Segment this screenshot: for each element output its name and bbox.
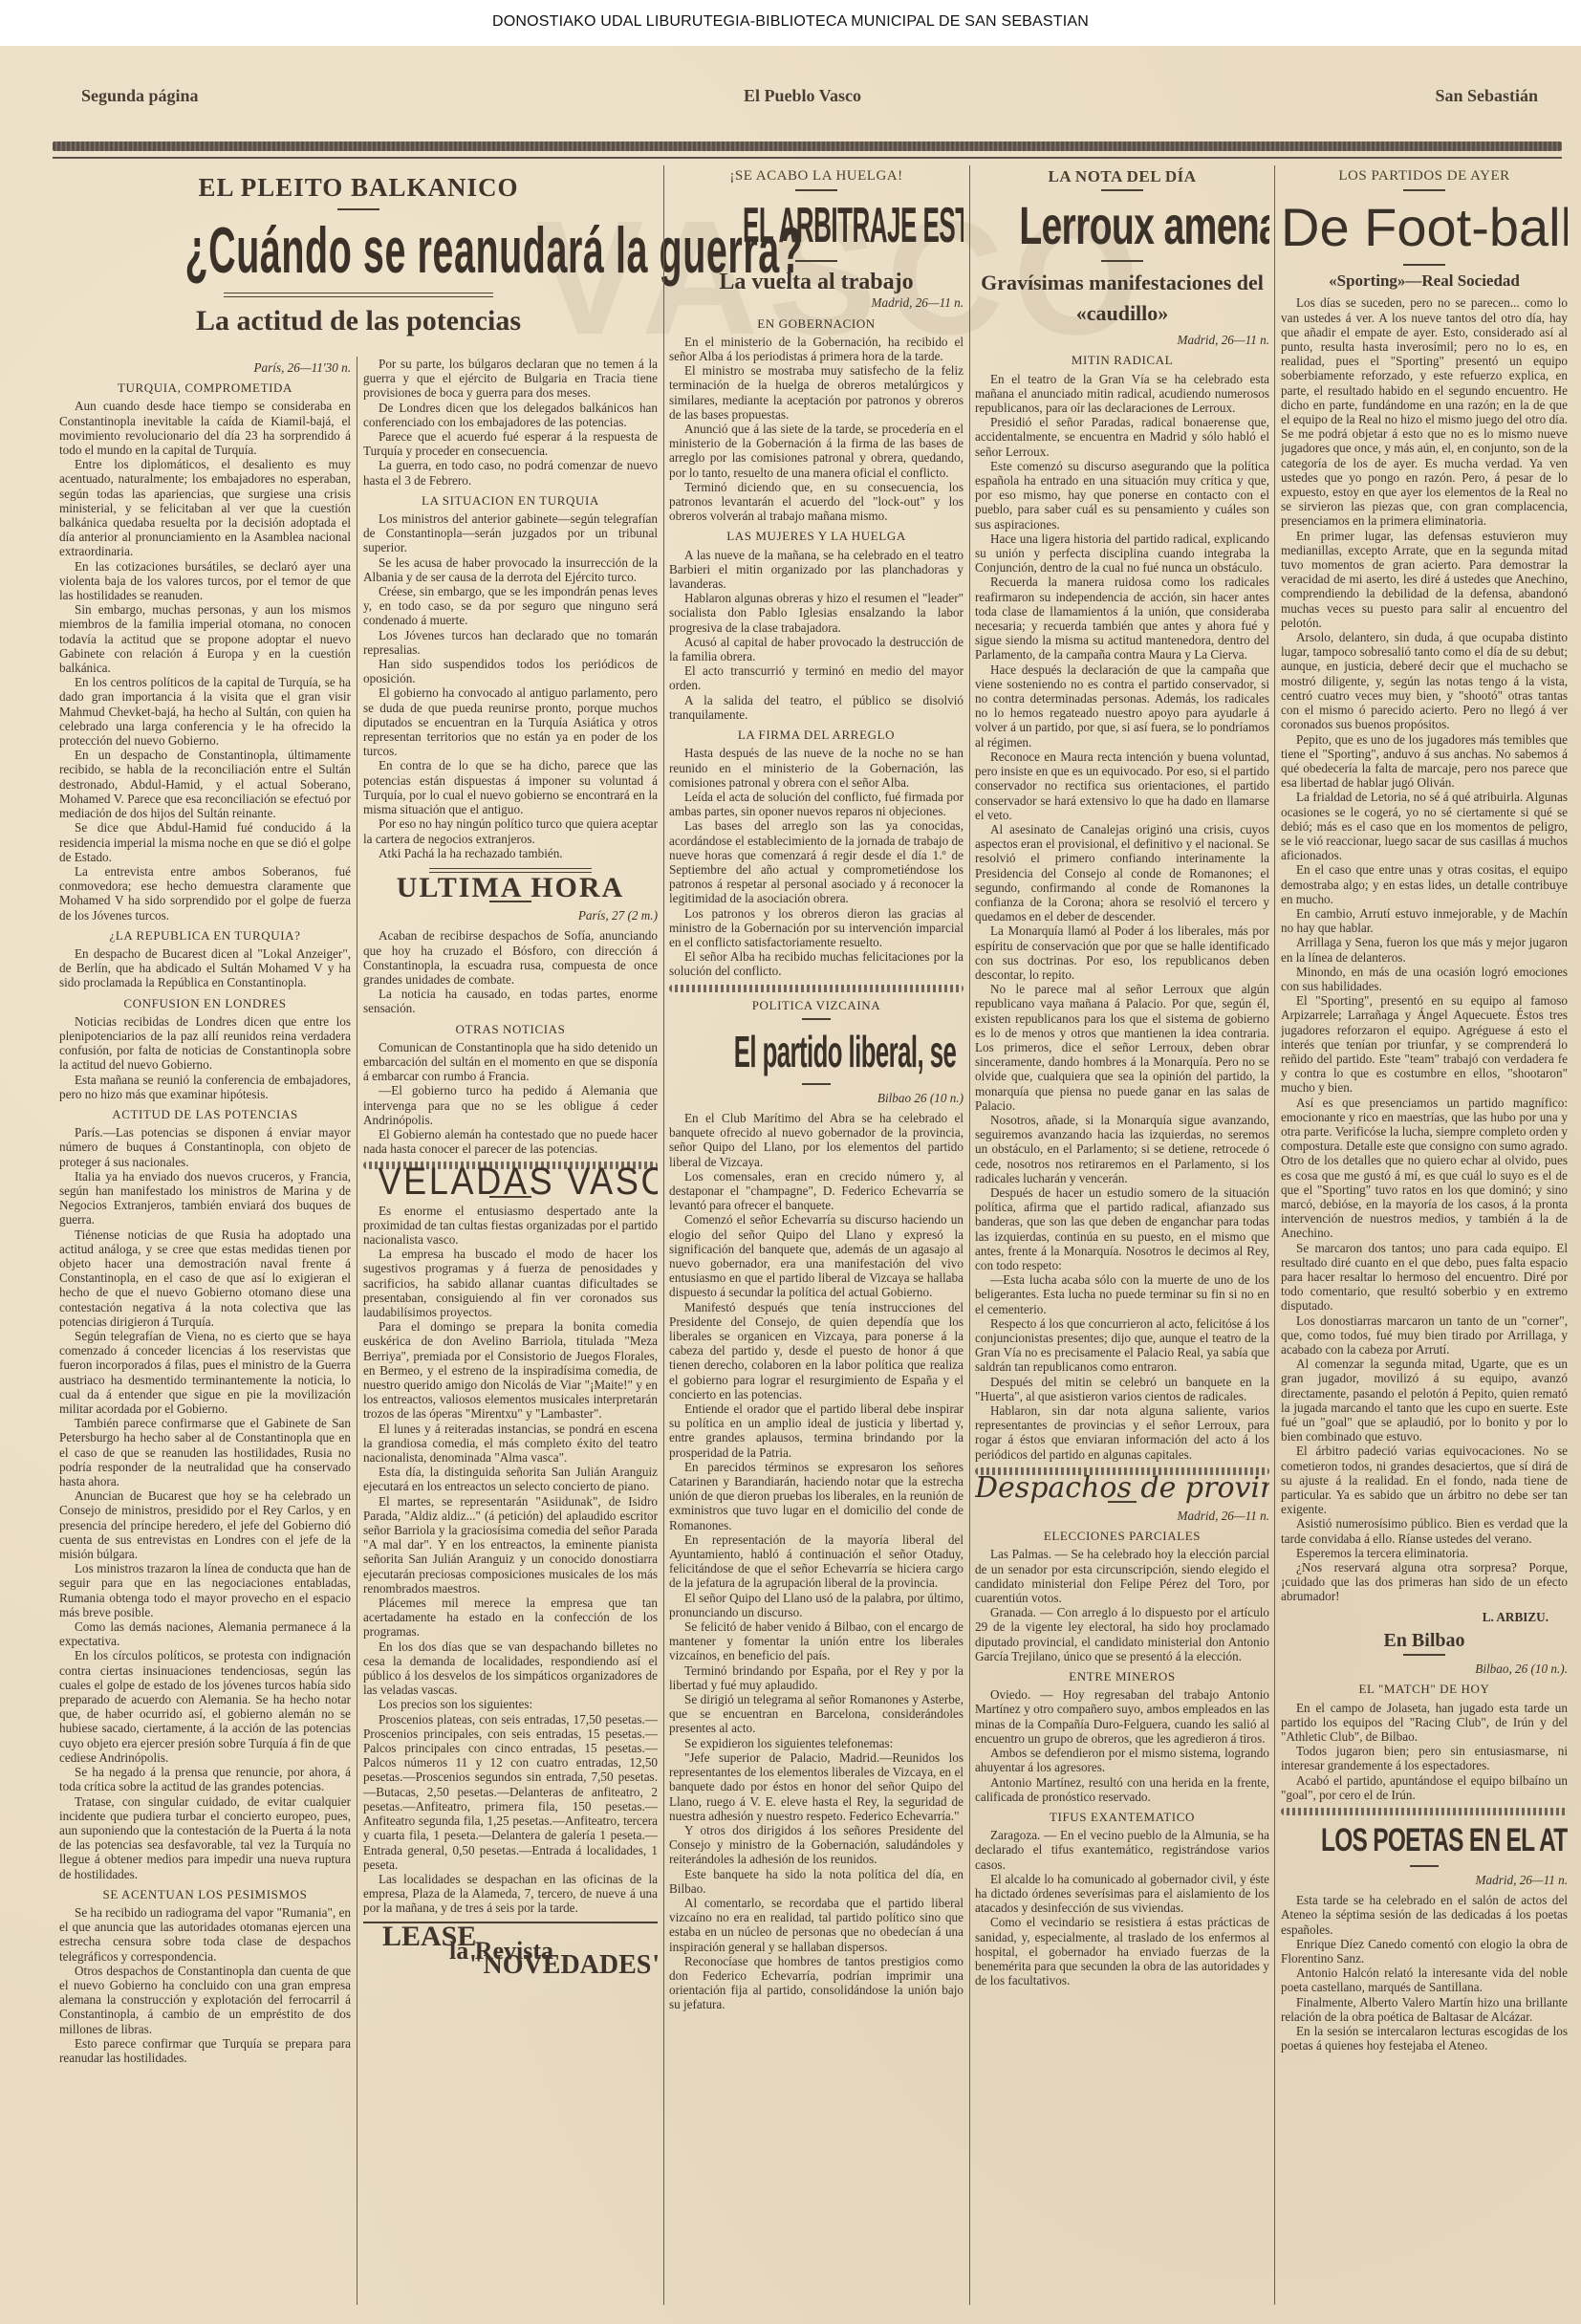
divider-dash: [802, 1018, 831, 1020]
paragraph: Manifestó después que tenía instruccione…: [669, 1300, 964, 1401]
paragraph: Este comenzó su discurso asegurando que …: [975, 459, 1269, 532]
paragraph: Reconocíase que hombres de tantos presti…: [669, 1954, 964, 2012]
paragraph: En representación de la mayoría liberal …: [669, 1532, 964, 1591]
paragraph: La empresa ha buscado el modo de hacer l…: [363, 1247, 658, 1319]
divider-dash: [1410, 1865, 1439, 1867]
paragraph: En el Club Marítimo del Abra se ha celeb…: [669, 1111, 964, 1169]
divider-dash: [1403, 264, 1445, 266]
ad-line-3: "NOVEDADES": [468, 1958, 658, 1972]
paragraph: Acabó el partido, apuntándose el equipo …: [1281, 1773, 1568, 1802]
paragraph: En cambio, Arrutí estuvo inmejorable, y …: [1281, 906, 1568, 935]
paragraph: El alcalde lo ha comunicado al gobernado…: [975, 1872, 1269, 1916]
football-body: Los días se suceden, pero no se parecen.…: [1281, 295, 1568, 1603]
column-divider: [969, 165, 970, 2305]
paragraph: Todos jugaron bien; pero sin entusiasmar…: [1281, 1744, 1568, 1772]
balkan-sections: TURQUIA, COMPROMETIDAAun cuando desde ha…: [59, 380, 351, 2065]
paragraph: El "Sporting", presentó en su equipo al …: [1281, 993, 1568, 1095]
column-divider: [663, 165, 664, 2305]
paragraph: De Londres dicen que los delegados balká…: [363, 401, 658, 429]
column-1: París, 26—11'30 n. TURQUIA, COMPROMETIDA…: [59, 165, 351, 2305]
huelga-sections: EN GOBERNACIONEn el ministerio de la Gob…: [669, 316, 964, 979]
bilbao-body: En el campo de Jolaseta, han jugado esta…: [1281, 1701, 1568, 1802]
paragraph: En los dos días que se van despachando b…: [363, 1640, 658, 1698]
paragraph: En el teatro de la Gran Vía se ha celebr…: [975, 372, 1269, 416]
football-kicker: LOS PARTIDOS DE AYER: [1281, 169, 1568, 184]
paragraph: Hace después la declaración de que la ca…: [975, 662, 1269, 749]
paragraph: Los precios son los siguientes:: [363, 1697, 658, 1711]
lerroux-kicker: LA NOTA DEL DÍA: [975, 169, 1269, 184]
paragraph: En el caso que entre unas y otras cosita…: [1281, 862, 1568, 906]
divider-dash: [802, 1083, 831, 1085]
paragraph: Se felicitó de haber venido á Bilbao, co…: [669, 1619, 964, 1663]
section-subhead: LAS MUJERES Y LA HUELGA: [669, 529, 964, 543]
paragraph: En el ministerio de la Gobernación, ha r…: [669, 335, 964, 363]
paragraph: Por su parte, los búlgaros declaran que …: [363, 357, 658, 401]
veladas-body: Es enorme el entusiasmo despertado ante …: [363, 1204, 658, 1916]
paragraph: El señor Quipo del Llano usó de la palab…: [669, 1591, 964, 1619]
paragraph: París.—Las potencias se disponen á envia…: [59, 1125, 351, 1169]
paragraph: Esta tarde se ha celebrado en el salón d…: [1281, 1893, 1568, 1937]
paragraph: Minondo, en más de una ocasión logró emo…: [1281, 965, 1568, 993]
ateneo-headline: LOS POETAS EN EL ATENEO: [1321, 1821, 1527, 1859]
divider-dash: [1101, 260, 1143, 262]
wavy-rule: [1281, 1808, 1568, 1815]
paragraph: Tratase, con singular cuidado, de evitar…: [59, 1794, 351, 1881]
balkan-continuation: Por su parte, los búlgaros declaran que …: [363, 357, 658, 860]
ateneo-body: Esta tarde se ha celebrado en el salón d…: [1281, 1893, 1568, 2053]
bilbao-headline: En Bilbao: [1281, 1634, 1568, 1648]
paragraph: A las nueve de la mañana, se ha celebrad…: [669, 548, 964, 592]
balkan-dateline: París, 26—11'30 n.: [59, 360, 351, 375]
column-4: LA NOTA DEL DÍA Lerroux amenaza Gravísim…: [975, 165, 1269, 2305]
paragraph: El lunes y á reiteradas instancias, se p…: [363, 1422, 658, 1466]
paragraph: Zaragoza. — En el vecino pueblo de la Al…: [975, 1828, 1269, 1872]
football-deck: «Sporting»—Real Sociedad: [1281, 273, 1568, 288]
huelga-kicker: ¡SE ACABO LA HUELGA!: [669, 169, 964, 184]
section-subhead: TIFUS EXANTEMATICO: [975, 1810, 1269, 1824]
paragraph: Según telegrafían de Viena, no es cierto…: [59, 1329, 351, 1416]
section-subhead: LA SITUACION EN TURQUIA: [363, 493, 658, 508]
paragraph: Para el domingo se prepara la bonita com…: [363, 1319, 658, 1421]
paragraph: Comenzó el señor Echevarría su discurso …: [669, 1212, 964, 1299]
paragraph: No le parece mal al señor Lerroux que al…: [975, 982, 1269, 1113]
paragraph: Los días se suceden, pero no se parecen.…: [1281, 295, 1568, 528]
despachos-sections: ELECCIONES PARCIALESLas Palmas. — Se ha …: [975, 1529, 1269, 1987]
section-subhead: TURQUIA, COMPROMETIDA: [59, 380, 351, 395]
column-divider: [1274, 165, 1275, 2305]
paragraph: Ambos se defendieron por el mismo sistem…: [975, 1746, 1269, 1774]
paragraph: Respecto á los que concurrieron al acto,…: [975, 1316, 1269, 1375]
paragraph: Enrique Díez Canedo comentó con elogio l…: [1281, 1937, 1568, 1966]
paragraph: Arsolo, delantero, sin duda, á que ocupa…: [1281, 630, 1568, 731]
paragraph: En las cotizaciones bursátiles, se decla…: [59, 559, 351, 603]
divider-dash: [795, 189, 837, 191]
ultima-hora-dateline: París, 27 (2 m.): [363, 908, 658, 923]
paragraph: Han sido suspendidos todos los periódico…: [363, 657, 658, 685]
despachos-dateline: Madrid, 26—11 n.: [975, 1509, 1269, 1523]
vizcaina-dateline: Bilbao 26 (10 n.): [669, 1091, 964, 1105]
paragraph: Entiende el orador que el partido libera…: [669, 1401, 964, 1460]
paragraph: Es enorme el entusiasmo despertado ante …: [363, 1204, 658, 1248]
lerroux-subhead: MITIN RADICAL: [975, 353, 1269, 367]
vizcaina-kicker: POLITICA VIZCAINA: [669, 998, 964, 1012]
newspaper-page: VASCO Segunda página El Pueblo Vasco San…: [0, 46, 1581, 2324]
section-subhead: ELECCIONES PARCIALES: [975, 1529, 1269, 1543]
paragraph: Leída el acta de solución del conflicto,…: [669, 790, 964, 818]
paragraph: Sin embargo, muchas personas, y aun los …: [59, 602, 351, 675]
divider-dash: [1403, 1654, 1445, 1656]
paragraph: Se dice que Abdul-Hamid fué conducido á …: [59, 820, 351, 864]
paragraph: Este banquete ha sido la nota política d…: [669, 1867, 964, 1896]
paragraph: Reconoce en Maura recta intención y buen…: [975, 749, 1269, 822]
vizcaina-headline: El partido liberal, se reorganiza: [734, 1026, 899, 1077]
masthead-rule-thin: [53, 157, 1562, 159]
ultima-hora-body: Acaban de recibirse despachos de Sofía, …: [363, 928, 658, 1015]
paragraph: Italia ya ha enviado dos nuevos cruceros…: [59, 1169, 351, 1227]
paragraph: La Monarquía llamó al Poder á los libera…: [975, 923, 1269, 982]
paragraph: El martes, se representarán "Asiidunak",…: [363, 1494, 658, 1596]
lerroux-deck: Gravísimas manifestaciones del «caudillo…: [975, 268, 1269, 329]
paragraph: En los círculos políticos, se protesta c…: [59, 1648, 351, 1765]
paragraph: Presidió el señor Paradas, radical bonae…: [975, 415, 1269, 459]
paragraph: Así es que presenciamos un partido magní…: [1281, 1096, 1568, 1241]
despachos-headline: Despachos de provincias: [975, 1481, 1269, 1495]
column-5: LOS PARTIDOS DE AYER De Foot-ball «Sport…: [1281, 165, 1568, 2305]
paragraph: Asistió numerosísimo público. Bien es ve…: [1281, 1516, 1568, 1545]
paragraph: El señor Alba ha recibido muchas felicit…: [669, 949, 964, 978]
paragraph: "Jefe superior de Palacio, Madrid.—Reuni…: [669, 1750, 964, 1823]
paragraph: Después de hacer un estudio somero de la…: [975, 1185, 1269, 1272]
paragraph: Terminó brindando por España, por el Rey…: [669, 1663, 964, 1692]
paragraph: La noticia ha causado, en todas partes, …: [363, 987, 658, 1015]
section-subhead: SE ACENTUAN LOS PESIMISMOS: [59, 1887, 351, 1901]
football-headline: De Foot-ball: [1281, 197, 1568, 258]
huelga-headline: EL ARBITRAJE ESTA FIRMADO: [743, 197, 890, 254]
paragraph: En el campo de Jolaseta, han jugado esta…: [1281, 1701, 1568, 1745]
paragraph: En los centros políticos de la capital d…: [59, 675, 351, 748]
paragraph: Arrillaga y Sena, fueron los que más y m…: [1281, 935, 1568, 964]
paragraph: Créese, sin embargo, que se les impondrá…: [363, 584, 658, 628]
paragraph: Plácemes mil merece la empresa que tan a…: [363, 1596, 658, 1640]
paragraph: Se marcaron dos tantos; uno para cada eq…: [1281, 1241, 1568, 1314]
paragraph: Parece que el acuerdo fué esperar á la r…: [363, 429, 658, 458]
paragraph: Y otros dos dirigidos á los señores Pres…: [669, 1823, 964, 1867]
paragraph: Proscenios plateas, con seis entradas, 1…: [363, 1712, 658, 1872]
paragraph: Antonio Halcón relató la interesante vid…: [1281, 1966, 1568, 1994]
paragraph: Aun cuando desde hace tiempo se consider…: [59, 399, 351, 457]
paragraph: Oviedo. — Hoy regresaban del trabajo Ant…: [975, 1687, 1269, 1746]
paragraph: Se ha negado á la prensa que renuncie, p…: [59, 1765, 351, 1793]
paragraph: Atki Pachá la ha rechazado también.: [363, 846, 658, 860]
paragraph: Después del mitin se celebró un banquete…: [975, 1375, 1269, 1403]
paragraph: Otros despachos de Constantinopla dan cu…: [59, 1964, 351, 2036]
paragraph: Los comensales, eran en crecido número y…: [669, 1169, 964, 1213]
ateneo-dateline: Madrid, 26—11 n.: [1281, 1873, 1568, 1887]
paragraph: Como las demás naciones, Alemania perman…: [59, 1619, 351, 1648]
huelga-deck: La vuelta al trabajo: [669, 275, 964, 290]
otras-noticias-subhead: OTRAS NOTICIAS: [363, 1022, 658, 1036]
paragraph: Por eso no hay ningún político turco que…: [363, 816, 658, 845]
paragraph: Anuncian de Bucarest que hoy se ha celeb…: [59, 1488, 351, 1561]
bilbao-subhead: EL "MATCH" DE HOY: [1281, 1682, 1568, 1696]
paragraph: Comunican de Constantinopla que ha sido …: [363, 1040, 658, 1084]
section-subhead: CONFUSION EN LONDRES: [59, 996, 351, 1010]
column-divider: [357, 357, 357, 2305]
archive-banner: DONOSTIAKO UDAL LIBURUTEGIA-BIBLIOTECA M…: [0, 0, 1581, 44]
section-subhead: ACTITUD DE LAS POTENCIAS: [59, 1107, 351, 1121]
paragraph: Granada. — Con arreglo á lo dispuesto po…: [975, 1605, 1269, 1663]
paragraph: Pepito, que es uno de los jugadores más …: [1281, 732, 1568, 791]
paragraph: —Esta lucha acaba sólo con la muerte de …: [975, 1272, 1269, 1316]
paragraph: Los ministros trazaron la línea de condu…: [59, 1561, 351, 1619]
paragraph: Se les acusa de haber provocado la insur…: [363, 555, 658, 584]
wavy-rule: [669, 985, 964, 992]
paragraph: Esta día, la distinguida señorita San Ju…: [363, 1465, 658, 1493]
paragraph: Se expidieron los siguientes telefonemas…: [669, 1736, 964, 1750]
paragraph: Noticias recibidas de Londres dicen que …: [59, 1014, 351, 1073]
paragraph: Se ha recibido un radiograma del vapor "…: [59, 1905, 351, 1964]
paragraph: El ministro se mostraba muy satisfecho d…: [669, 363, 964, 422]
paragraph: Los donostiarras marcaron un tanto de un…: [1281, 1314, 1568, 1357]
masthead: Segunda página El Pueblo Vasco San Sebas…: [53, 65, 1552, 113]
paragraph: El gobierno ha convocado al antiguo parl…: [363, 685, 658, 758]
paragraph: El acto transcurrió y terminó en medio d…: [669, 663, 964, 692]
paragraph: Al comentarlo, se recordaba que el parti…: [669, 1896, 964, 1954]
paragraph: Los patronos y los obreros dieron las gr…: [669, 906, 964, 950]
novedades-ad: LEASE la Revista "NOVEDADES": [363, 1922, 658, 1973]
column-2: Por su parte, los búlgaros declaran que …: [363, 165, 658, 2305]
paragraph: ¿Nos reservará alguna otra sorpresa? Por…: [1281, 1560, 1568, 1604]
paragraph: En primer lugar, las defensas estuvieron…: [1281, 529, 1568, 630]
divider-dash: [1403, 189, 1445, 191]
paragraph: Terminó diciendo que, en su consecuencia…: [669, 480, 964, 524]
paragraph: Esta mañana se reunió la conferencia de …: [59, 1073, 351, 1101]
paragraph: En contra de lo que se ha dicho, parece …: [363, 758, 658, 816]
paragraph: La entrevista entre ambos Soberanos, fué…: [59, 864, 351, 923]
paragraph: Anunció que á las siete de la tarde, se …: [669, 422, 964, 480]
paragraph: Esperemos la tercera eliminatoria.: [1281, 1546, 1568, 1560]
ultima-hora-headline: ULTIMA HORA: [363, 880, 658, 895]
lerroux-body: En el teatro de la Gran Vía se ha celebr…: [975, 372, 1269, 1462]
section-subhead: LA FIRMA DEL ARREGLO: [669, 728, 964, 742]
paragraph: El Gobierno alemán ha contestado que no …: [363, 1127, 658, 1156]
bilbao-dateline: Bilbao, 26 (10 n.).: [1281, 1662, 1568, 1676]
paragraph: También parece confirmarse que el Gabine…: [59, 1416, 351, 1488]
paragraph: Finalmente, Alberto Valero Martín hizo u…: [1281, 1995, 1568, 2024]
paragraph: En un despacho de Constantinopla, última…: [59, 748, 351, 820]
divider-dash: [795, 260, 837, 262]
city-label: San Sebastián: [1435, 86, 1538, 106]
paragraph: Se dirigió un telegrama al señor Romanon…: [669, 1692, 964, 1736]
lerroux-headline: Lerroux amenaza: [1019, 197, 1225, 254]
paragraph: Entre los diplomáticos, el desaliento es…: [59, 457, 351, 558]
paragraph: Tiénense noticias de que Rusia ha adopta…: [59, 1227, 351, 1329]
paragraph: Al comenzar la segunda mitad, Ugarte, qu…: [1281, 1357, 1568, 1444]
wavy-rule: [975, 1467, 1269, 1475]
masthead-rule-thick: [53, 141, 1562, 151]
paragraph: Hablaron, sin dar nota alguna saliente, …: [975, 1403, 1269, 1462]
paragraph: Recuerda la manera ruidosa como los radi…: [975, 575, 1269, 662]
paragraph: Los Jóvenes turcos han declarado que no …: [363, 628, 658, 657]
paragraph: Esto parece confirmar que Turquía se pre…: [59, 2036, 351, 2065]
lerroux-dateline: Madrid, 26—11 n.: [975, 333, 1269, 347]
paragraph: Las Palmas. — Se ha celebrado hoy la ele…: [975, 1547, 1269, 1605]
section-subhead: ¿LA REPUBLICA EN TURQUIA?: [59, 928, 351, 943]
paragraph: Como el vecindario se resistiera á estas…: [975, 1915, 1269, 1987]
newspaper-title: El Pueblo Vasco: [53, 86, 1552, 106]
paragraph: Los ministros del anterior gabinete—segú…: [363, 511, 658, 555]
otras-noticias-body: Comunican de Constantinopla que ha sido …: [363, 1040, 658, 1157]
divider-dash: [1101, 189, 1143, 191]
paragraph: Acusó al capital de haber provocado la d…: [669, 635, 964, 663]
paragraph: El árbitro padeció varias equivocaciones…: [1281, 1444, 1568, 1516]
paragraph: Antonio Martínez, resultó con una herida…: [975, 1775, 1269, 1804]
paragraph: —El gobierno turco ha pedido á Alemania …: [363, 1083, 658, 1127]
football-signature: L. ARBIZU.: [1281, 1610, 1549, 1624]
paragraph: Las localidades se despachan en las ofic…: [363, 1872, 658, 1916]
paragraph: Hace una ligera historia del partido rad…: [975, 532, 1269, 576]
paragraph: Hablaron algunas obreras y hizo el resum…: [669, 591, 964, 635]
paragraph: La guerra, en todo caso, no podrá comenz…: [363, 458, 658, 487]
section-subhead: EN GOBERNACION: [669, 316, 964, 331]
paragraph: A la salida del teatro, el público se di…: [669, 693, 964, 722]
paragraph: Hasta después de las nueve de la noche n…: [669, 746, 964, 790]
section-subhead: ENTRE MINEROS: [975, 1669, 1269, 1683]
paragraph: En parecidos términos se expresaron los …: [669, 1460, 964, 1532]
paragraph: Las bases del arreglo son las ya conocid…: [669, 818, 964, 905]
paragraph: Acaban de recibirse despachos de Sofía, …: [363, 928, 658, 987]
huelga-dateline: Madrid, 26—11 n.: [669, 295, 964, 310]
vizcaina-body: En el Club Marítimo del Abra se ha celeb…: [669, 1111, 964, 2012]
paragraph: En la sesión se intercalaron lecturas es…: [1281, 2024, 1568, 2053]
veladas-headline: VELADAS VASCAS: [378, 1175, 642, 1189]
paragraph: En despacho de Bucarest dicen al "Lokal …: [59, 946, 351, 990]
paragraph: La frialdad de Letoria, no sé á qué atri…: [1281, 790, 1568, 862]
paragraph: Al asesinato de Canalejas originó una cr…: [975, 822, 1269, 923]
column-3: ¡SE ACABO LA HUELGA! EL ARBITRAJE ESTA F…: [669, 165, 964, 2305]
paragraph: Nosotros, añade, si la Monarquía sigue a…: [975, 1113, 1269, 1185]
